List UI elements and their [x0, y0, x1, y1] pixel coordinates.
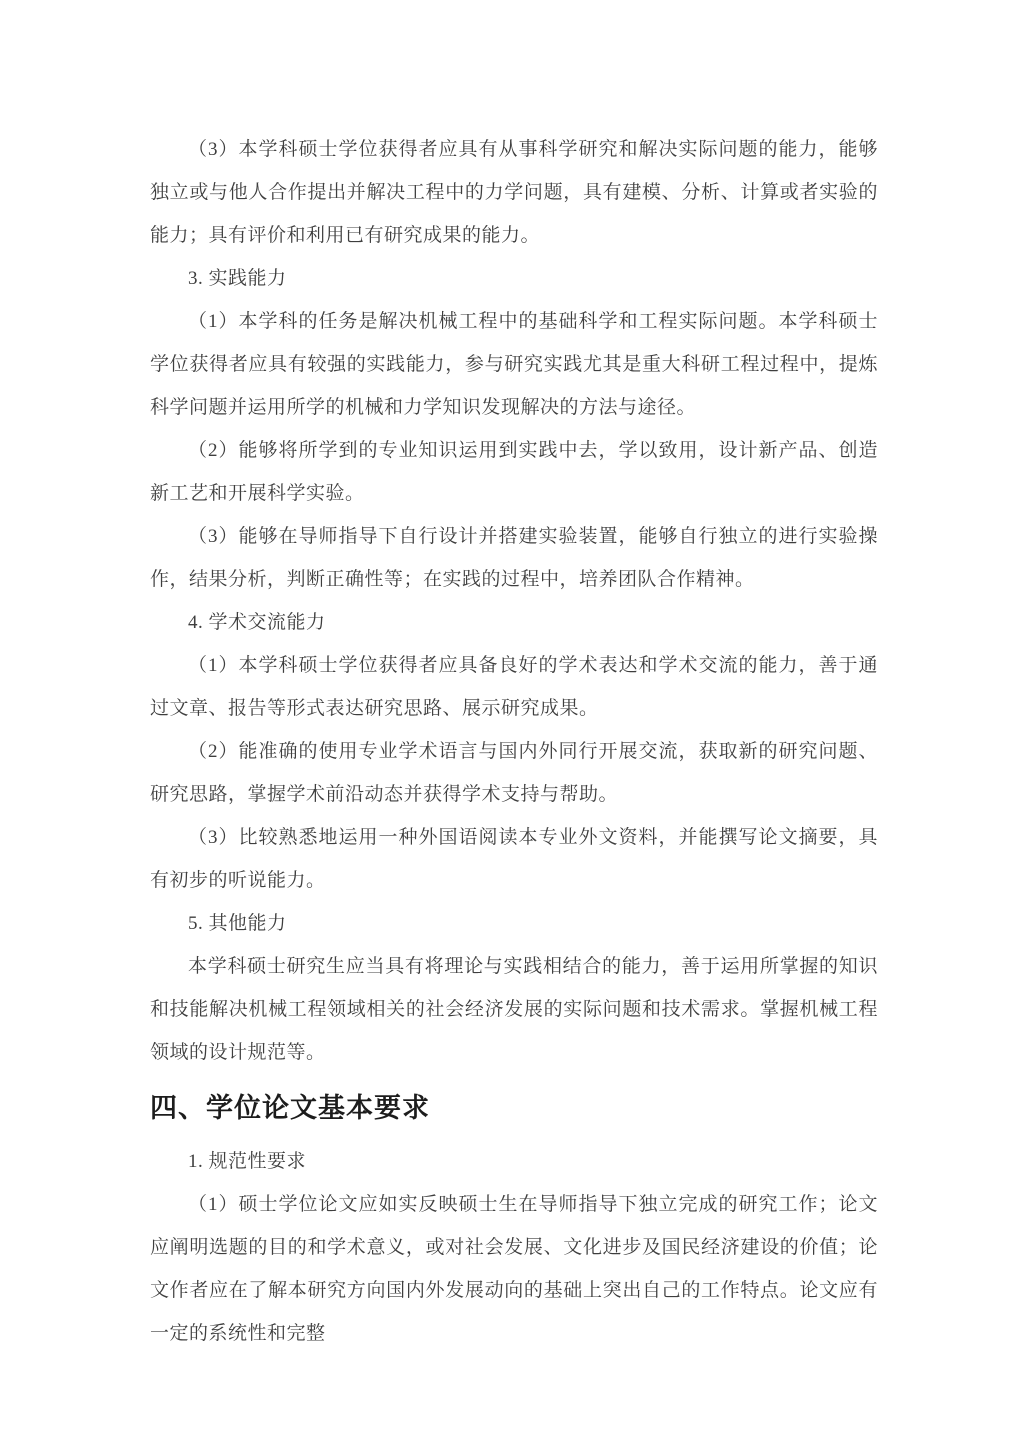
subsection-heading-other-ability: 5. 其他能力: [150, 902, 878, 945]
paragraph-exchange-3: （3）比较熟悉地运用一种外国语阅读本专业外文资料，并能撰写论文摘要，具有初步的听…: [150, 816, 878, 902]
paragraph-exchange-1: （1）本学科硕士学位获得者应具备良好的学术表达和学术交流的能力，善于通过文章、报…: [150, 644, 878, 730]
paragraph-other-ability: 本学科硕士研究生应当具有将理论与实践相结合的能力，善于运用所掌握的知识和技能解决…: [150, 945, 878, 1074]
paragraph-practice-3: （3）能够在导师指导下自行设计并搭建实验装置，能够自行独立的进行实验操作，结果分…: [150, 515, 878, 601]
paragraph-practice-1: （1）本学科的任务是解决机械工程中的基础科学和工程实际问题。本学科硕士学位获得者…: [150, 300, 878, 429]
paragraph-exchange-2: （2）能准确的使用专业学术语言与国内外同行开展交流，获取新的研究问题、研究思路，…: [150, 730, 878, 816]
subsection-heading-practice: 3. 实践能力: [150, 257, 878, 300]
paragraph-normative-1: （1）硕士学位论文应如实反映硕士生在导师指导下独立完成的研究工作；论文应阐明选题…: [150, 1183, 878, 1355]
subsection-heading-normative: 1. 规范性要求: [150, 1140, 878, 1183]
subsection-heading-academic-exchange: 4. 学术交流能力: [150, 601, 878, 644]
document-page: （3）本学科硕士学位获得者应具有从事科学研究和解决实际问题的能力，能够独立或与他…: [0, 0, 1024, 1448]
paragraph-ability-research: （3）本学科硕士学位获得者应具有从事科学研究和解决实际问题的能力，能够独立或与他…: [150, 128, 878, 257]
section-heading-thesis-requirements: 四、学位论文基本要求: [150, 1086, 878, 1130]
paragraph-practice-2: （2）能够将所学到的专业知识运用到实践中去，学以致用，设计新产品、创造新工艺和开…: [150, 429, 878, 515]
